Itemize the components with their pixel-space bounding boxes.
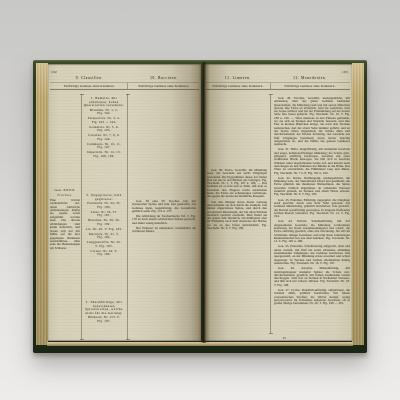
paragraph: Gen. 42. Nerita. Halbkugelig, niedergedr… [274,177,350,197]
group-heading: 5. Thurmförmige, mit bezeichneten Spiral… [82,301,126,315]
book: 192 9. Clausilien. 10. Buccinen. Einfärb… [33,60,367,353]
species-group: 3. Ungegitterte, halb gegitterte: Fontin… [82,194,126,258]
text-column-right: Gen. 40. Trochus. Gewölbt, niedergedrück… [274,97,350,334]
list-item: Communis. Nr. 10, 11. Fig. 167. [82,143,126,150]
paragraph: Gen. 38 oder 39. Trochus. Der mit braunr… [132,200,196,213]
paragraph: Gen. 43. Paludina. Eiförmig, zugespitzt,… [274,199,350,219]
text-block: Gen. 38 oder 39. Trochus. Der mit braunr… [132,200,196,236]
genus-heading: Gen. XXVII. [50,188,80,192]
right-page: 193 11. Limneen. 12. Monodonten. Einfärb… [204,64,352,341]
section-subtitle: Einfärbige Gehäuse ohne Kammern. [206,84,270,88]
paragraph: Gen. 44. Valvata. Scheibenförmig, mit ti… [274,220,350,243]
page-number: 193 [342,70,348,74]
list-item: Langgestreifte. Nr. 42. T. Fig. 185. [82,241,126,248]
list-item: Bilineata. Nr. 113. T. Fig. 187. [82,316,126,323]
list-item: Maculata. Nr. 41. T. Fig. 184. [82,233,126,240]
running-header: 9. Clausilien. 10. Buccinen. Einfärbige … [48,76,201,90]
entry-line: Lix. Nr. 40. V. Fig. 183. [82,228,126,231]
list-item: Lix. Nr. 40. V. Fig. 183. [82,228,126,231]
page-edges-right [352,63,364,345]
section-subtitle: Einfärbige Gehäuse ohne Kammern. [50,84,129,88]
page-edges-bottom [47,342,353,346]
list-item: Blandina. Nr. 1, 2. Fig. 162. [82,109,126,116]
species-group: 1. Bemalte, mit erhabenen, hohen Querstr… [82,97,126,160]
paragraph: Gen. 40. Trochus. Gewölbt, niedergedrück… [274,97,350,146]
entry-line: Fig. 163 — 164. [82,121,126,124]
paragraph: Gen. 41. Helix. Kugelförmig, mit stumpfe… [274,148,350,174]
list-item: Granulata. Nr. 5, 6. Fig. 165. [82,126,126,133]
list-item: Perspectiva. Nr. 3, 4. Fig. 163 — 164. [82,117,126,124]
paragraph: Gen. 46. Ancylus. Mützenförmig, mit zurü… [274,267,350,287]
column-rule [270,94,271,334]
entry-line: Fig. 180. [82,206,126,209]
entry-line: Fig. 186. [82,253,126,256]
paragraph: Die Abbildung im Taschenbuche Taf. 3. Fi… [132,215,196,225]
paragraph: Von den übrigen Arten dieser Gattung unt… [207,201,267,231]
section-title: 12. Monodonten. [270,76,350,80]
page-edges-left [36,63,48,345]
page-number: 192 [51,70,57,74]
list-item: Blandina. Nr. 38, 39. Fig. 182. [82,219,126,226]
list-item: Imperialis. Nr. 12, 13. Fig. 168, 169. [82,151,126,158]
section-title: 11. Limneen. [206,76,270,80]
paragraph: Gen. 47. Cyclas. Rundlich-eiförmig, aufg… [274,289,350,305]
list-item: Fontinalis. Nr. 34, 35. Fig. 180. [82,202,126,209]
paragraph: Gen. 45. Planorbis. Scheibenartig aufger… [274,245,350,265]
list-item: Lutea. Nr. 36, 37. Fig. 181. [82,211,126,218]
section-subtitle: Einfärbige Gehäuse ohne Kammern. [129,84,199,88]
entry-line: T. Fig. 185. [82,245,126,248]
species-entries: Fontinalis. Nr. 34, 35. Fig. 180. Lutea.… [82,202,126,256]
species-list-column: 1. Bemalte, mit erhabenen, hohen Querstr… [82,95,126,341]
entry-line: Fig. 187. [82,320,126,323]
entry-line: Fig. 168, 169. [82,155,126,158]
margin-note: Gen. XXVII. Trochus. Eine höchst verände… [50,188,80,250]
section-title: 9. Clausilien. [50,76,129,80]
species-group: 5. Thurmförmige, mit bezeichneten Spiral… [82,301,126,325]
group-heading: 3. Ungegitterte, halb gegitterte: [82,194,126,201]
group-heading: 1. Bemalte, mit erhabenen, hohen Querstr… [82,97,126,108]
species-entries: Bilineata. Nr. 113. T. Fig. 187. [82,316,126,323]
list-item: Cornea. Nr. 44. T. Fig. 186. [82,250,126,257]
entry-line: Fig. 166. [82,138,126,141]
section-subtitle: Einfärbige Gehäuse ohne Kammern. [270,84,350,88]
paragraph: Der Wohnort ist unbekannt; vermuthlich d… [132,227,196,234]
margin-note-text: Eine höchst veränderliche Art, deren zah… [50,199,80,251]
paragraph: Gen. 39. Turbo. Gewölbt, die Mündung run… [207,169,267,199]
section-title: 10. Buccinen. [129,76,199,80]
entry-line: Fig. 182. [82,223,126,226]
list-item: Cerasina. Nr. 7, 8, 9. Fig. 166. [82,134,126,141]
table-rule [127,94,128,340]
species-entries: Blandina. Nr. 1, 2. Fig. 162. Perspectiv… [82,109,126,158]
running-header: 11. Limneen. 12. Monodonten. Einfärbige … [204,76,352,90]
photo-background: 192 9. Clausilien. 10. Buccinen. Einfärb… [0,0,400,400]
text-column-left: Gen. 39. Turbo. Gewölbt, die Mündung run… [207,169,267,232]
signature-mark: 13 [276,336,292,340]
left-page: 192 9. Clausilien. 10. Buccinen. Einfärb… [48,64,201,341]
entry-line: Fig. 167. [82,146,126,149]
genus-name: Trochus. [50,193,80,197]
